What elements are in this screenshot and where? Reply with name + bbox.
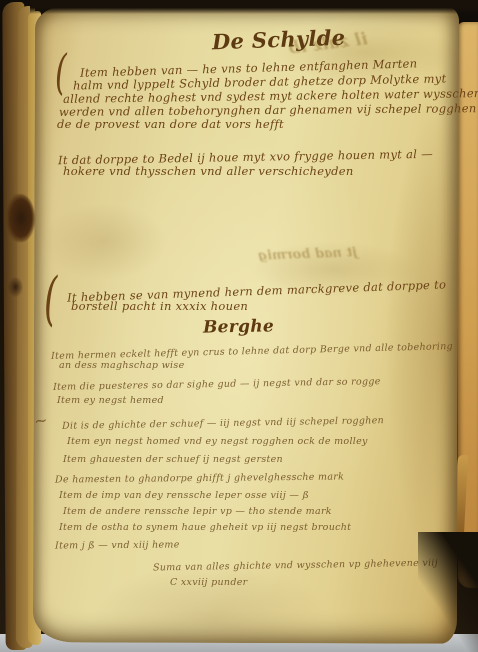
bottom-right-shadow [418,532,478,652]
list-line-11: Item de ostha to synem haue gheheit vp i… [59,522,351,533]
page-title: De Schylde [212,25,346,55]
paragraph2-line2: hokere vnd thysschen vnd aller verschich… [63,164,354,178]
list-line-4: Item ey negst hemed [57,395,164,406]
list-line-6: Item eyn negst homed vnd ey negst rogghe… [67,436,368,447]
manuscript-photo: il zalz ib jt nad bormig De Schylde ( It… [0,0,478,652]
list-line-7: Item ghauesten der schuef ij negst gerst… [63,454,283,465]
list-line-12: Item j ß — vnd xiij heme [55,539,180,551]
paragraph3-line2: borstell pacht in xxxix houen [71,299,248,313]
flourish-squiggle-icon: ~ [33,410,49,431]
ink-stain-small [8,277,23,297]
paragraph1-line5: de de provest van dore dat vors hefft [57,117,284,131]
section-subheading: Berghe [203,316,274,337]
flourish-bracket-icon: ( [44,266,57,334]
list-line-9: Item de imp van dey renssche leper osse … [59,490,309,501]
ink-stain-large [7,194,35,242]
list-line-10: Item de andere renssche lepir vp — tho s… [63,506,332,517]
list-line-2: an dess maghschap wise [59,360,185,371]
summary-line-2: C xxviij punder [170,577,247,588]
top-shadow [30,0,478,14]
